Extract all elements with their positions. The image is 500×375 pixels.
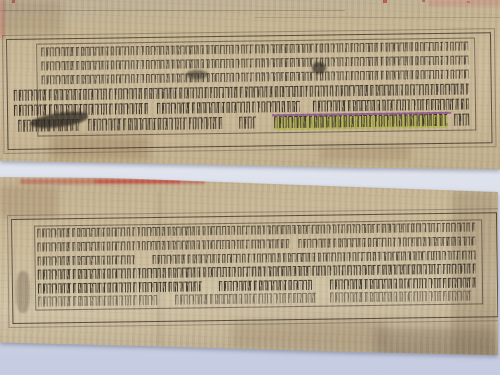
script-text-segment	[175, 293, 317, 305]
text-line	[40, 69, 473, 84]
script-text-segment	[37, 223, 475, 238]
script-text-segment	[41, 56, 468, 71]
script-text-segment	[18, 119, 79, 132]
manuscript-leaf-bottom-wrap	[0, 176, 498, 357]
script-text-segment	[330, 278, 476, 290]
paper-stain	[320, 146, 410, 160]
script-text-segment	[37, 239, 289, 252]
script-text-segment	[454, 114, 469, 126]
text-area	[37, 221, 480, 308]
pink-smudge	[428, 0, 500, 6]
text-line	[37, 236, 479, 251]
script-text-segment	[38, 281, 202, 293]
script-text-segment	[14, 84, 469, 101]
script-text-segment	[38, 264, 476, 280]
red-dye-dot	[467, 1, 470, 3]
text-line	[40, 113, 473, 131]
pink-smudge	[0, 0, 5, 38]
crease-line	[0, 10, 345, 11]
text-line	[39, 41, 472, 56]
script-text-segment	[239, 117, 256, 129]
red-edge-dye	[20, 179, 205, 184]
script-text-segment	[298, 237, 475, 248]
script-text-segment	[38, 295, 157, 307]
script-text-segment	[42, 70, 469, 85]
red-edge-dye	[95, 180, 180, 183]
paper-stain	[0, 186, 58, 218]
text-line	[38, 290, 480, 306]
text-line	[37, 222, 479, 237]
script-text-segment	[88, 117, 222, 131]
script-text-segment	[330, 291, 472, 303]
script-text-segment	[152, 251, 475, 265]
paper-stain	[375, 328, 495, 356]
text-block-border	[36, 37, 476, 136]
text-block-border	[34, 219, 483, 310]
script-text-segment	[38, 255, 135, 265]
red-dye-dot	[12, 0, 15, 3]
manuscript-leaf-top	[0, 0, 500, 172]
script-text-segment	[41, 42, 468, 57]
red-dye-dot	[383, 0, 387, 3]
script-text-segment	[14, 103, 148, 116]
text-area	[39, 39, 473, 134]
red-edge-dye	[415, 184, 475, 187]
script-text-segment	[157, 101, 300, 114]
text-frame-bottom	[11, 212, 498, 324]
red-dye-dot	[422, 0, 425, 2]
script-text-segment	[313, 99, 469, 112]
manuscript-leaf-top-wrap	[0, 0, 500, 172]
script-text-segment	[274, 114, 447, 128]
text-line	[38, 263, 480, 279]
paper-stain	[232, 321, 387, 347]
text-line	[38, 250, 480, 265]
photo-of-tibetan-manuscripts	[0, 0, 500, 375]
script-text-segment	[219, 280, 312, 291]
crease-line	[255, 17, 500, 18]
text-line	[39, 55, 472, 70]
text-line	[40, 83, 473, 100]
text-frame-top	[6, 32, 493, 150]
paper-stain	[0, 0, 62, 34]
manuscript-leaf-bottom	[0, 176, 498, 357]
